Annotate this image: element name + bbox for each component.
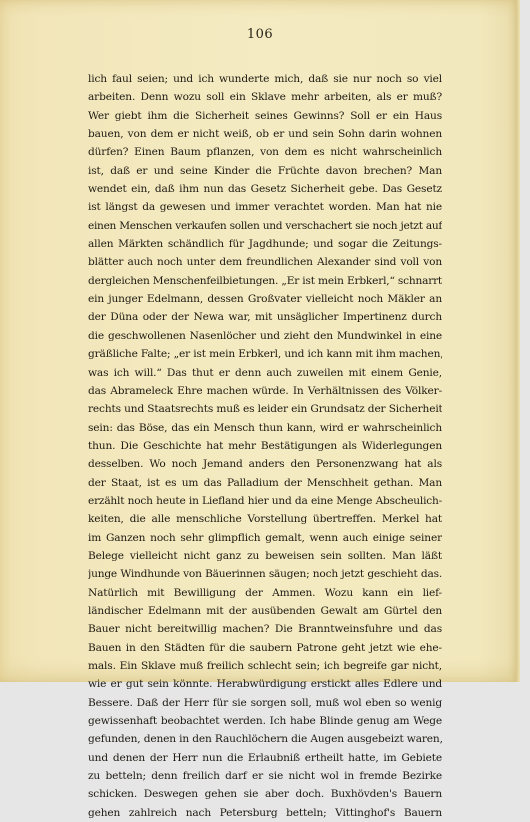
text-line: Wer giebt ihm die Sicherheit seines Gewi…	[88, 107, 442, 125]
text-line: ist, daß er und seine Kinder die Früchte…	[88, 162, 442, 180]
text-line: blätter auch noch unter dem freundlichen…	[88, 253, 442, 271]
text-line: dergleichen Menschenfeilbietungen. „Er i…	[88, 272, 442, 290]
text-line: rechts und Staatsrechts muß es leider ei…	[88, 400, 442, 418]
text-line: bauen, von dem er nicht weiß, ob er und …	[88, 125, 442, 143]
text-line: mals. Ein Sklave muß freilich schlecht s…	[88, 657, 442, 675]
text-line: ein junger Edelmann, dessen Großvater vi…	[88, 290, 442, 308]
text-line: wie er gut sein könnte. Herabwürdigung e…	[88, 675, 442, 690]
text-line: die geschwollenen Nasenlöcher und zieht …	[88, 327, 442, 345]
text-line: der Düna oder der Newa war, mit unsäglic…	[88, 308, 442, 326]
body-text: lich faul seien; und ich wunderte mich, …	[88, 70, 442, 690]
text-line: das Abrameleck Ehre machen würde. In Ver…	[88, 382, 442, 400]
text-line: ländischer Edelmann mit der ausübenden G…	[88, 602, 442, 620]
text-line: Bauen in den Städten für die saubern Pat…	[88, 639, 442, 657]
text-line: gräßliche Falte; „er ist mein Erbkerl, u…	[88, 345, 442, 363]
text-line: dürfen? Einen Baum pflanzen, von dem es …	[88, 143, 442, 161]
text-line: junge Windhunde von Bäuerinnen säugen; n…	[88, 565, 442, 583]
text-line: Bauer nicht bereitwillig machen? Die Bra…	[88, 620, 442, 638]
book-page: 106 lich faul seien; und ich wunderte mi…	[0, 0, 520, 682]
text-line: wendet ein, daß ihm nun das Gesetz Siche…	[88, 180, 442, 198]
text-line: lich faul seien; und ich wunderte mich, …	[88, 70, 442, 88]
page-number: 106	[0, 27, 520, 42]
text-line: erzählt noch heute in Liefland hier und …	[88, 492, 442, 510]
text-line: keiten, die alle menschliche Vorstellung…	[88, 510, 442, 528]
text-line: im Ganzen noch sehr glimpflich gemalt, w…	[88, 529, 442, 547]
text-line: desselben. Wo noch Jemand anders den Per…	[88, 455, 442, 473]
text-line: Belege vielleicht nicht ganz zu beweisen…	[88, 547, 442, 565]
text-line: sein: das Böse, das ein Mensch thun kann…	[88, 419, 442, 437]
text-line: arbeiten. Denn wozu soll ein Sklave mehr…	[88, 88, 442, 106]
text-line: was ich will.“ Das thut er denn auch zuw…	[88, 364, 442, 382]
text-line: einen Menschen verkaufen sollen und vers…	[88, 217, 442, 235]
page-edge	[516, 0, 520, 682]
text-line: der Staat, ist es um das Palladium der M…	[88, 474, 442, 492]
text-line: thun. Die Geschichte hat mehr Bestätigun…	[88, 437, 442, 455]
text-line: Natürlich mit Bewilligung der Ammen. Woz…	[88, 584, 442, 602]
text-line: allen Märkten schändlich für Jagdhunde; …	[88, 235, 442, 253]
text-line: ist längst da gewesen und immer verachte…	[88, 198, 442, 216]
